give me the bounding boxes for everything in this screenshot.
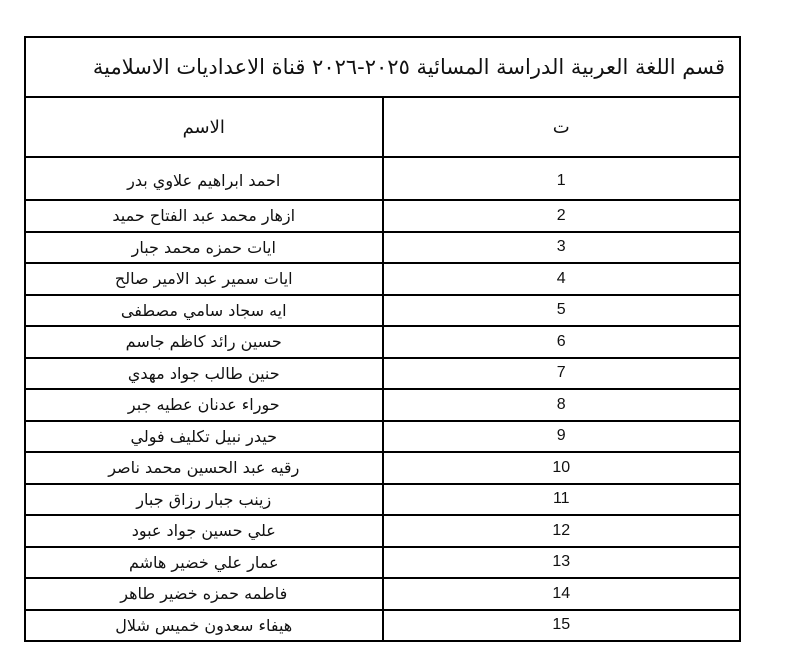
row-number: 15 [383,610,741,642]
table-row: 4 ايات سمير عبد الامير صالح [25,263,740,295]
student-name: ايات حمزه محمد جبار [25,232,383,264]
student-name: علي حسين جواد عبود [25,515,383,547]
title-row: قسم اللغة العربية الدراسة المسائية ٢٠٢٥-… [25,37,740,97]
row-number: 13 [383,547,741,579]
table-row: 3 ايات حمزه محمد جبار [25,232,740,264]
student-list-sheet: قسم اللغة العربية الدراسة المسائية ٢٠٢٥-… [24,36,741,642]
student-name: حوراء عدنان عطيه جبر [25,389,383,421]
table-row: 8 حوراء عدنان عطيه جبر [25,389,740,421]
table-row: 14 فاطمه حمزه خضير طاهر [25,578,740,610]
table-row: 9 حيدر نبيل تكليف فولي [25,421,740,453]
student-table: قسم اللغة العربية الدراسة المسائية ٢٠٢٥-… [24,36,741,642]
table-row: 7 حنين طالب جواد مهدي [25,358,740,390]
row-number: 5 [383,295,741,327]
student-name: حسين رائد كاظم جاسم [25,326,383,358]
row-number: 1 [383,157,741,200]
row-number: 9 [383,421,741,453]
student-name: زينب جبار رزاق جبار [25,484,383,516]
student-name: ازهار محمد عبد الفتاح حميد [25,200,383,232]
row-number: 14 [383,578,741,610]
student-name: ايات سمير عبد الامير صالح [25,263,383,295]
student-name: حيدر نبيل تكليف فولي [25,421,383,453]
row-number: 4 [383,263,741,295]
row-number: 11 [383,484,741,516]
student-name: ايه سجاد سامي مصطفى [25,295,383,327]
row-number: 2 [383,200,741,232]
column-header-index: ت [383,97,741,157]
row-number: 6 [383,326,741,358]
table-row: 6 حسين رائد كاظم جاسم [25,326,740,358]
table-row: 12 علي حسين جواد عبود [25,515,740,547]
student-name: عمار علي خضير هاشم [25,547,383,579]
student-name: احمد ابراهيم علاوي بدر [25,157,383,200]
header-row: ت الاسم [25,97,740,157]
table-row: 11 زينب جبار رزاق جبار [25,484,740,516]
student-name: فاطمه حمزه خضير طاهر [25,578,383,610]
table-row: 15 هيفاء سعدون خميس شلال [25,610,740,642]
row-number: 3 [383,232,741,264]
row-number: 12 [383,515,741,547]
table-row: 1 احمد ابراهيم علاوي بدر [25,157,740,200]
table-row: 5 ايه سجاد سامي مصطفى [25,295,740,327]
student-name: هيفاء سعدون خميس شلال [25,610,383,642]
table-row: 10 رقيه عبد الحسين محمد ناصر [25,452,740,484]
column-header-name: الاسم [25,97,383,157]
student-name: رقيه عبد الحسين محمد ناصر [25,452,383,484]
table-body: 1 احمد ابراهيم علاوي بدر 2 ازهار محمد عب… [25,157,740,641]
row-number: 10 [383,452,741,484]
student-name: حنين طالب جواد مهدي [25,358,383,390]
row-number: 7 [383,358,741,390]
table-row: 2 ازهار محمد عبد الفتاح حميد [25,200,740,232]
table-row: 13 عمار علي خضير هاشم [25,547,740,579]
row-number: 8 [383,389,741,421]
document-title: قسم اللغة العربية الدراسة المسائية ٢٠٢٥-… [25,37,740,97]
